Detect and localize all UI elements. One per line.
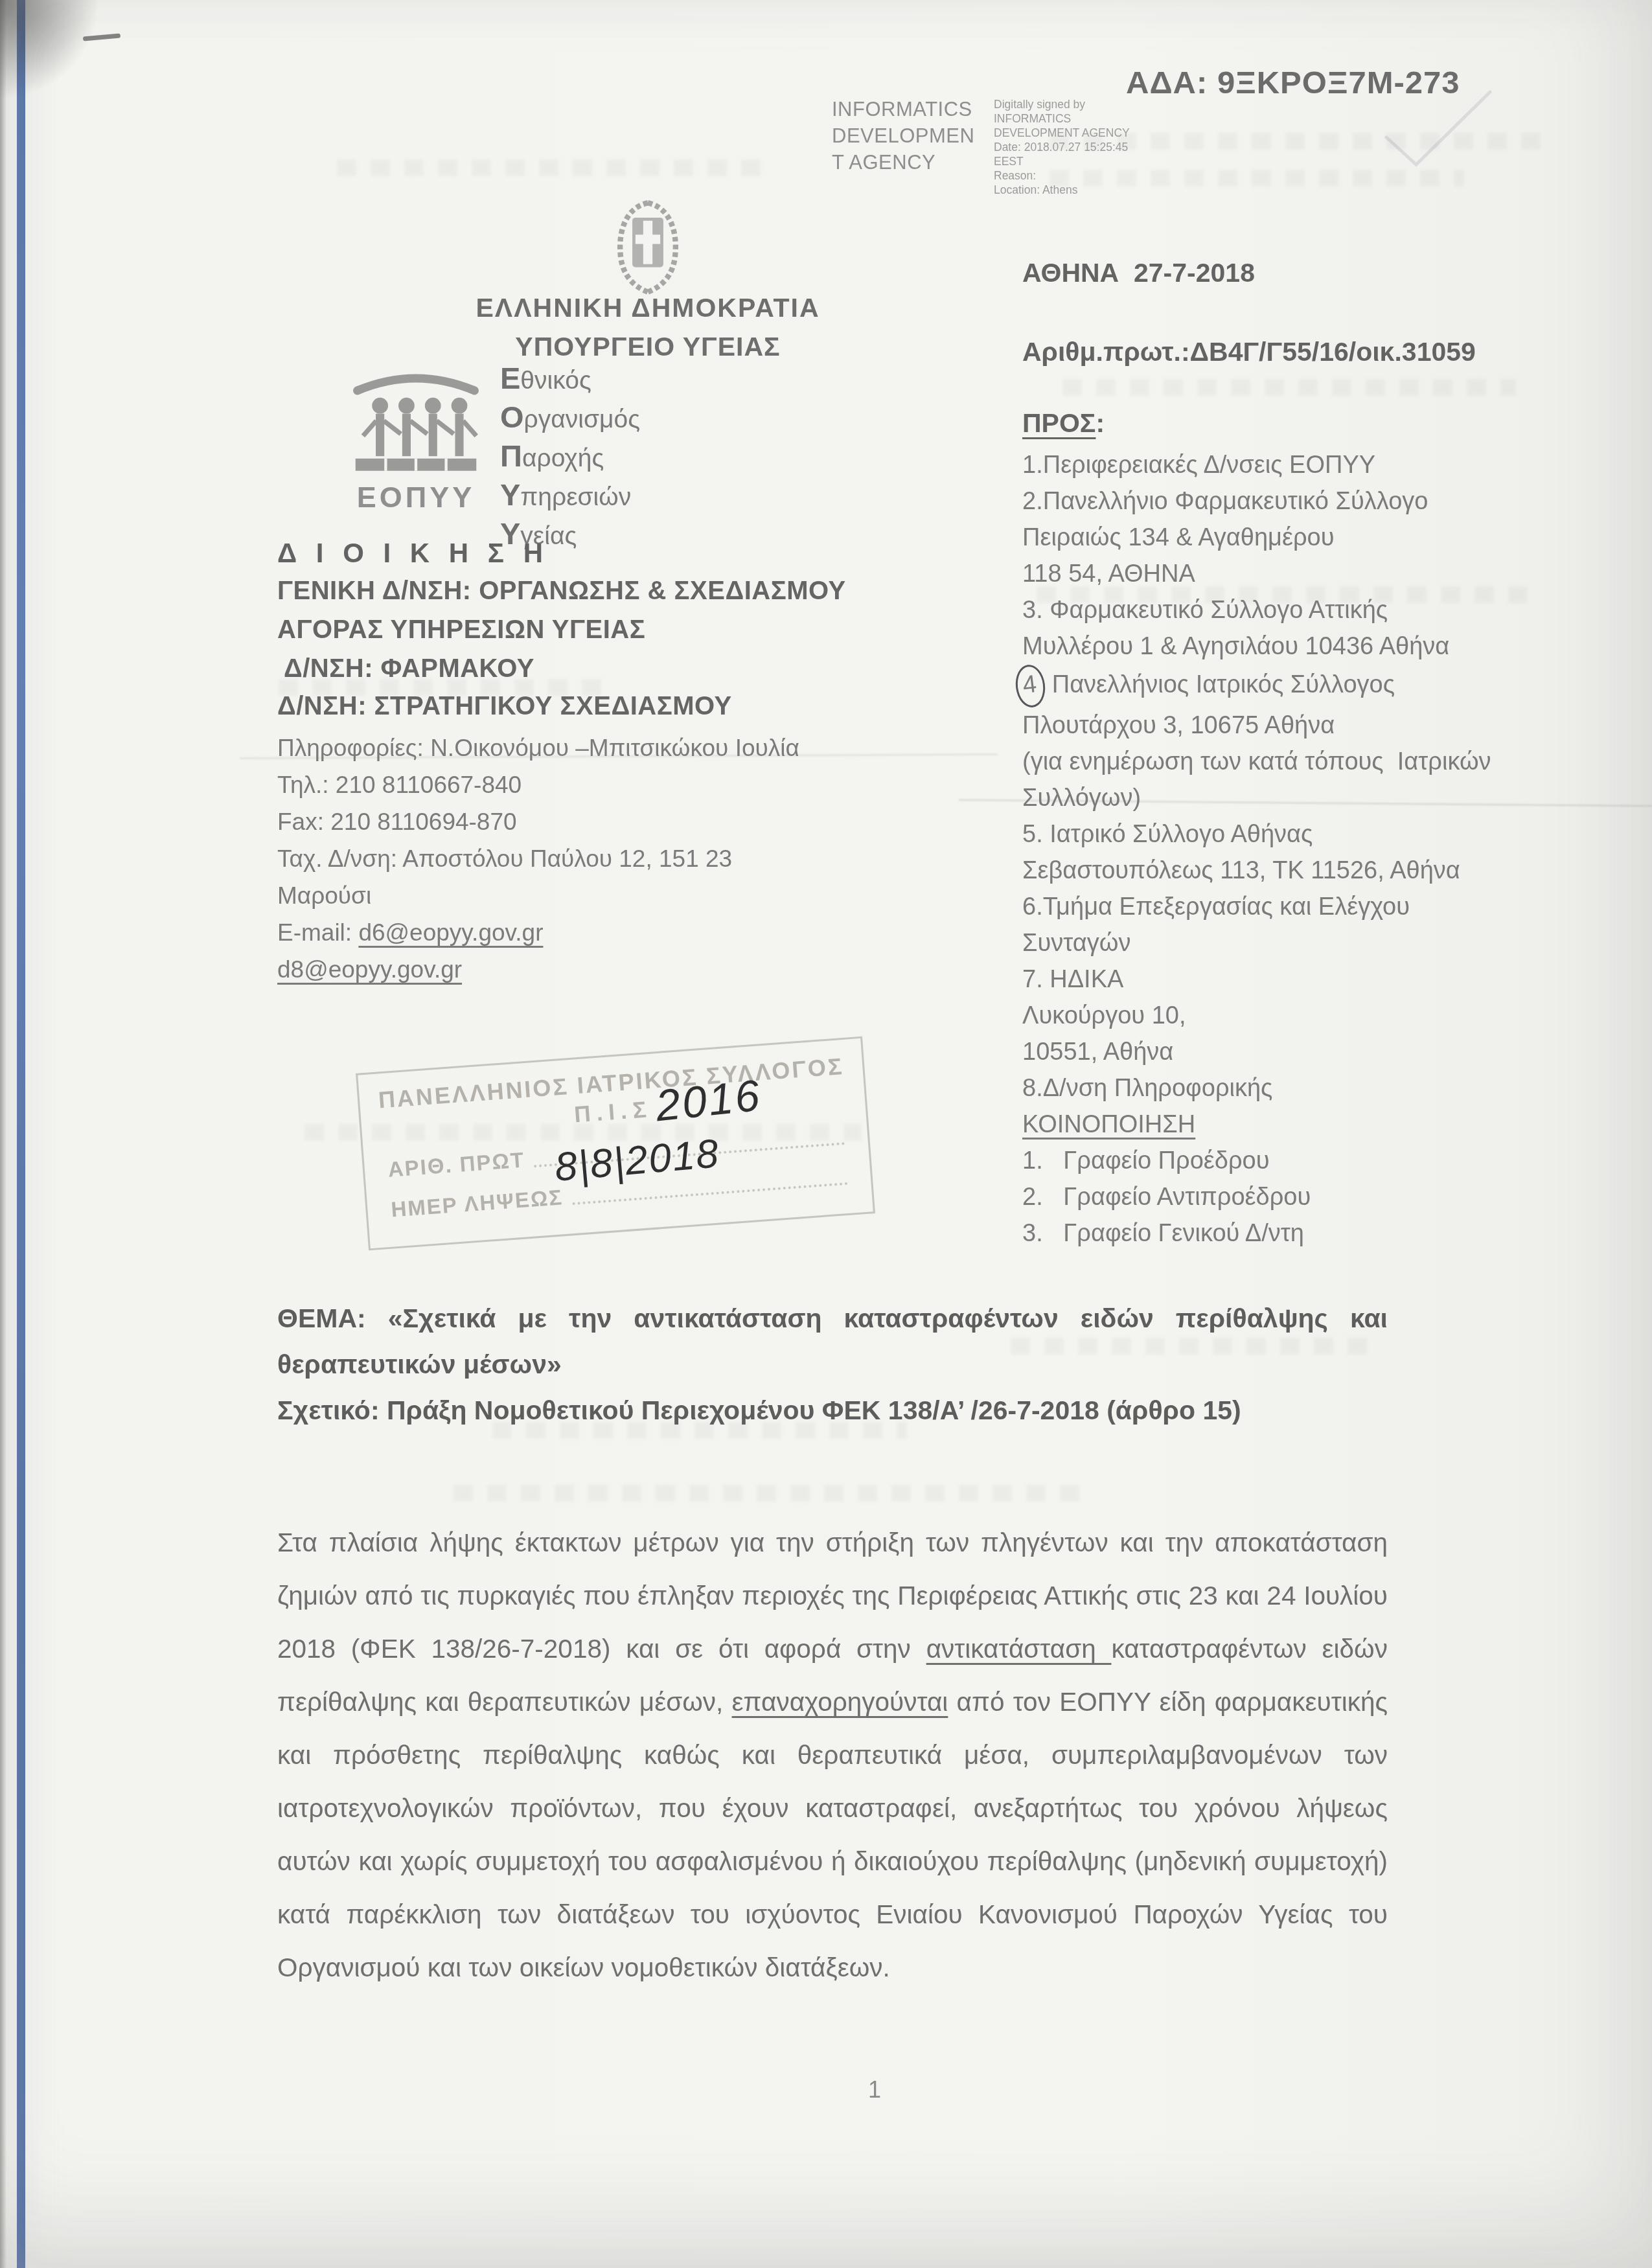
recipient-line: Συλλόγων) [1022,780,1618,816]
recipient-line: 118 54, ΑΘΗΝΑ [1022,556,1618,592]
signature-detail-line: Date: 2018.07.27 15:25:45 [994,140,1130,154]
recipients-list: 1.Περιφερειακές Δ/νσεις ΕΟΠΥΥ 2.Πανελλήν… [1022,447,1618,1252]
recipient-line: 1.Περιφερειακές Δ/νσεις ΕΟΠΥΥ [1022,447,1618,483]
organisation-name-line: Υπηρεσιών [500,477,640,516]
administration-heading: Δ Ι Ο Ι Κ Η Σ Η [277,538,549,569]
greek-coat-of-arms-icon [609,198,687,297]
scan-corner-artifact [0,0,97,97]
scan-edge-shadow [0,0,6,2268]
subject-block: ΘΕΜΑ: «Σχετικά με την αντικατάσταση κατα… [277,1296,1388,1434]
recipient-line: 2.Πανελλήνιο Φαρμακευτικό Σύλλογο [1022,483,1618,520]
contact-block: Πληροφορίες: Ν.Οικονόμου –Μπιτσικώκου Ιο… [277,729,799,988]
general-directorate-line: ΓΕΝΙΚΗ Δ/ΝΣΗ: ΟΡΓΑΝΩΣΗΣ & ΣΧΕΔΙΑΣΜΟΥ [277,577,846,606]
contact-info-line: Πληροφορίες: Ν.Οικονόμου –Μπιτσικώκου Ιο… [277,729,799,766]
contact-email-line: E-mail: d6@eopyy.gov.gr [277,914,799,951]
contact-address-line: Ταχ. Δ/νση: Αποστόλου Παύλου 12, 151 23 [277,840,799,877]
cc-heading: ΚΟΙΝΟΠΟΙΗΣΗ [1022,1106,1618,1143]
contact-fax-line: Fax: 210 8110694-870 [277,803,799,840]
protocol-number: Αριθμ.πρωτ.:ΔΒ4Γ/Γ55/16/οικ.31059 [1022,337,1476,367]
blue-margin-strip [17,0,25,2268]
recipient-line: 7. ΗΔΙΚΑ [1022,961,1618,998]
digital-signature-agency: INFORMATICS DEVELOPMEN T AGENCY [832,96,974,176]
recipient-line: Πειραιώς 134 & Αγαθημέρου [1022,520,1618,556]
eopyy-acronym: ΕΟΠΥΥ [350,481,482,514]
cc-item: 2. Γραφείο Αντιπροέδρου [1022,1179,1618,1215]
recipient-line: 4 Πανελλήνιος Ιατρικός Σύλλογος [1022,665,1618,707]
scanned-document-page: ΑΔΑ: 9ΞΚΡΟΞ7Μ-273 INFORMATICS DEVELOPMEN… [0,0,1652,2268]
general-directorate-line: ΑΓΟΡΑΣ ΥΠΗΡΕΣΙΩΝ ΥΓΕΙΑΣ [277,615,645,645]
bleedthrough-artifact [337,159,764,176]
subject-reference: Σχετικό: Πράξη Νομοθετικού Περιεχομένου … [277,1388,1388,1434]
recipient-line: Μυλλέρου 1 & Αγησιλάου 10436 Αθήνα [1022,628,1618,665]
signature-agency-line: T AGENCY [832,149,974,176]
directorate-pharmacy: Δ/ΝΣΗ: ΦΑΡΜΑΚΟΥ [284,654,534,683]
body-segment-underlined: αντικατάσταση [926,1634,1112,1664]
signature-agency-line: DEVELOPMEN [832,122,974,149]
cc-item: 3. Γραφείο Γενικού Δ/ντη [1022,1215,1618,1252]
eopyy-logo-icon [350,364,482,479]
recipient-line: Πλουτάρχου 3, 10675 Αθήνα [1022,707,1618,744]
handwritten-circle-number: 4 [1013,663,1048,709]
recipient-line: Συνταγών [1022,925,1618,961]
body-segment: από τον ΕΟΠΥΥ είδη φαρμακευτικής και πρό… [277,1687,1388,1982]
ada-code: ΑΔΑ: 9ΞΚΡΟΞ7Μ-273 [1126,65,1460,101]
recipient-line: Λυκούργου 10, [1022,998,1618,1034]
digital-signature-details: Digitally signed by INFORMATICS DEVELOPM… [994,97,1130,197]
stamp-protocol-label: ΑΡΙΘ. ΠΡΩΤ [387,1147,526,1182]
signature-detail-line: INFORMATICS [994,111,1130,126]
contact-tel-line: Τηλ.: 210 8110667-840 [277,766,799,803]
recipient-line-text: Πανελλήνιος Ιατρικός Σύλλογος [1045,671,1395,698]
signature-detail-line: EEST [994,154,1130,168]
signature-detail-line: Reason: [994,168,1130,183]
contact-city-line: Μαρούσι [277,877,799,914]
recipient-line: 3. Φαρμακευτικό Σύλλογο Αττικής [1022,592,1618,628]
signature-detail-line: DEVELOPMENT AGENCY [994,126,1130,140]
organisation-name-line: Οργανισμός [500,399,640,438]
signature-detail-line: Digitally signed by [994,97,1130,111]
body-paragraph: Στα πλαίσια λήψης έκτακτων μέτρων για τη… [277,1516,1388,1994]
email-primary: d6@eopyy.gov.gr [358,919,543,946]
stamp-date-label: ΗΜΕΡ ΛΗΨΕΩΣ [390,1185,564,1222]
city-date: ΑΘΗΝΑ 27-7-2018 [1022,258,1255,288]
recipient-line: Σεβαστουπόλεως 113, ΤΚ 11526, Αθήνα [1022,853,1618,889]
email-label: E-mail: [277,919,358,946]
page-number: 1 [868,2076,881,2103]
recipient-line: 10551, Αθήνα [1022,1034,1618,1070]
recipient-line: 8.Δ/νση Πληροφορικής [1022,1070,1618,1106]
recipient-line: (για ενημέρωση των κατά τόπους Ιατρικών [1022,744,1618,780]
bleedthrough-artifact [453,1485,1088,1502]
bleedthrough-artifact [1062,379,1516,396]
to-heading-colon: : [1096,408,1105,438]
organisation-name-line: Εθνικός [500,360,640,399]
to-heading-label: ΠΡΟΣ [1022,408,1096,438]
signature-agency-line: INFORMATICS [832,96,974,122]
to-heading: ΠΡΟΣ: [1022,408,1105,439]
signature-detail-line: Location: Athens [994,183,1130,197]
recipient-line: 6.Τμήμα Επεξεργασίας και Ελέγχου [1022,889,1618,925]
ministry-title: ΥΠΟΥΡΓΕΙΟ ΥΓΕΙΑΣ [389,332,907,362]
subject-theme: ΘΕΜΑ: «Σχετικά με την αντικατάσταση κατα… [277,1296,1388,1388]
recipient-line: 5. Ιατρικό Σύλλογο Αθήνας [1022,816,1618,853]
republic-title: ΕΛΛΗΝΙΚΗ ΔΗΜΟΚΡΑΤΙΑ [389,293,907,323]
body-segment-underlined: επαναχορηγούνται [732,1687,948,1717]
directorate-strategic: Δ/ΝΣΗ: ΣΤΡΑΤΗΓΙΚΟΥ ΣΧΕΔΙΑΣΜΟΥ [277,692,732,721]
email-secondary: d8@eopyy.gov.gr [277,951,799,988]
cc-item: 1. Γραφείο Προέδρου [1022,1143,1618,1179]
organisation-name-line: Παροχής [500,438,640,477]
organisation-name: Εθνικός Οργανισμός Παροχής Υπηρεσιών Υγε… [500,360,640,555]
